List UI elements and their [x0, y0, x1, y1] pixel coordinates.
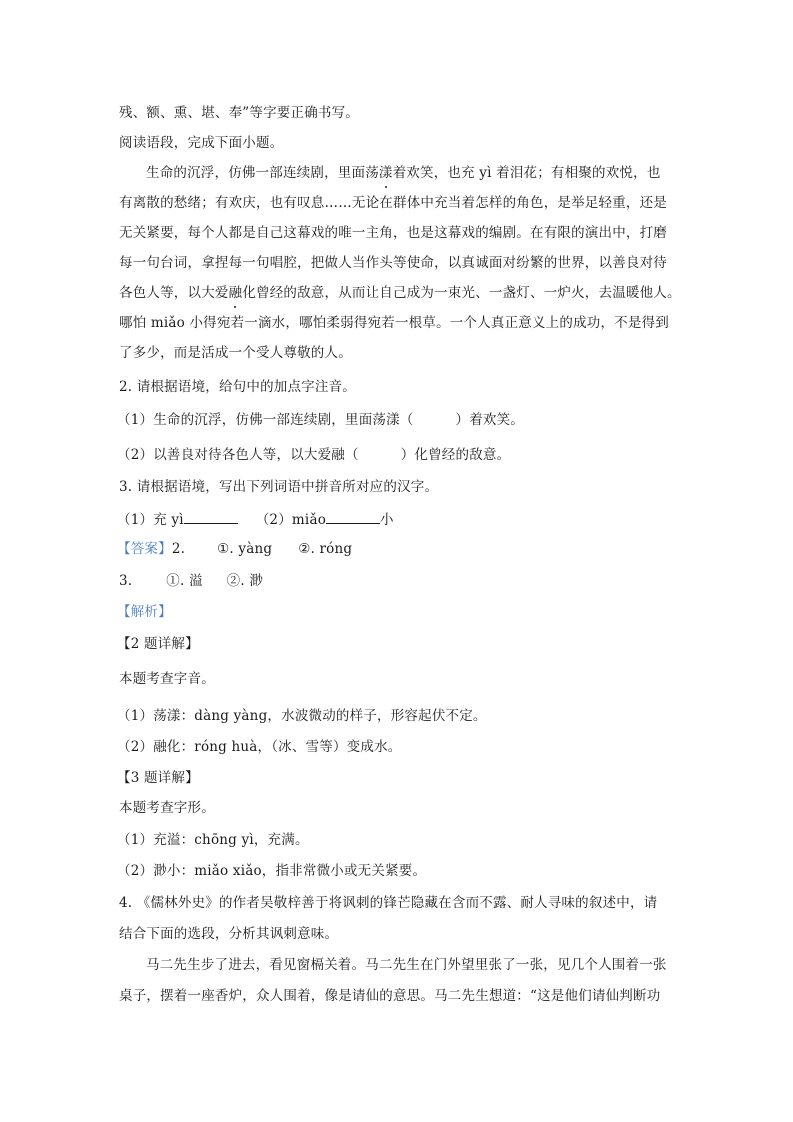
answer-option: ①. yàng — [217, 541, 272, 557]
text-segment: ）化曾经的敌意。 — [401, 447, 511, 463]
text-segment: 小 — [380, 512, 394, 528]
excerpt-line: 马二先生步了进去，看见窗槅关着。马二先生在门外望里张了一张，见几个人围着一张 — [146, 955, 679, 975]
passage-line: 了多少，而是活成一个受人尊敬的人。 — [119, 343, 679, 363]
analysis-q3-item-2: （2）渺小：miǎo xiǎo，指非常微小或无关紧要。 — [117, 861, 677, 881]
dotted-character: 融 — [229, 283, 243, 303]
question-2-title: 2. 请根据语境，给句中的加点字注音。 — [119, 377, 679, 397]
dotted-character: 漾 — [379, 163, 393, 183]
text-segment: 着欢笑，也充 yì 着泪花；有相聚的欢悦，也 — [393, 165, 661, 181]
text-segment: 生命的沉浮，仿佛一部连续剧，里面荡 — [146, 165, 379, 181]
answer-line-1: 【答案】2.①. yàng②. róng — [117, 539, 677, 559]
question-3-title: 3. 请根据语境，写出下列词语中拼音所对应的汉字。 — [119, 477, 679, 497]
text-segment: （2）miǎo — [256, 512, 326, 528]
analysis-q2-item-1: （1）荡漾：dàng yàng，水波微动的样子，形容起伏不定。 — [117, 706, 677, 726]
answer-label: 【答案】 — [117, 541, 172, 557]
question-4-title: 4. 《儒林外史》的作者吴敬梓善于将讽刺的锋芒隐藏在含而不露、耐人寻味的叙述中，… — [119, 893, 679, 913]
text-segment: （1）充 yì — [117, 512, 184, 528]
passage-line: 有离散的愁绪；有欢庆，也有叹息……无论在群体中充当着怎样的角色，是举足轻重，还是 — [119, 193, 679, 213]
answer-option: ②. 渺 — [227, 573, 263, 589]
fill-blank-line — [184, 509, 238, 524]
reading-instruction: 阅读语段，完成下面小题。 — [119, 133, 679, 153]
passage-line: 每一句台词，拿捏每一句唱腔，把做人当作头等使命，以真诚面对纷繁的世界，以善良对待 — [119, 253, 679, 273]
document-page: 残、额、熏、堪、奉”等字要正确书写。 阅读语段，完成下面小题。 生命的沉浮，仿佛… — [0, 0, 793, 1122]
answer-line-2: 3.①. 溢②. 渺 — [119, 571, 679, 591]
analysis-q3-heading: 【3 题详解】 — [117, 768, 677, 788]
question-4-title-cont: 结合下面的选段，分析其讽刺意味。 — [119, 924, 679, 944]
text-segment: （1）生命的沉浮，仿佛一部连续剧，里面荡漾（ — [117, 412, 414, 428]
text-segment: 化曾经的敌意，从而让自己成为一束光、一盏灯、一炉火，去温暖他人。 — [242, 285, 680, 301]
excerpt-line: 桌子，摆着一座香炉，众人围着，像是请仙的意思。马二先生想道：“这是他们请仙判断功 — [119, 986, 679, 1006]
analysis-label: 【解析】 — [117, 602, 677, 622]
question-2-item-2: （2）以善良对待各色人等，以大爱融（）化曾经的敌意。 — [117, 445, 677, 465]
question-3-items: （1）充 yì（2）miǎo小 — [117, 509, 677, 530]
answer-option: ②. róng — [298, 541, 352, 557]
answer-number: 2. — [172, 541, 185, 557]
text-segment: ）着欢笑。 — [456, 412, 525, 428]
analysis-q2-heading: 【2 题详解】 — [117, 634, 677, 654]
passage-line: 各色人等，以大爱融化曾经的敌意，从而让自己成为一束光、一盏灯、一炉火，去温暖他人… — [119, 283, 679, 303]
analysis-q3-intro: 本题考查字形。 — [119, 798, 679, 818]
passage-line: 哪怕 miǎo 小得宛若一滴水，哪怕柔弱得宛若一根草。一个人真正意义上的成功，不… — [119, 313, 679, 333]
fill-blank-line — [326, 509, 380, 524]
passage-line: 生命的沉浮，仿佛一部连续剧，里面荡漾着欢笑，也充 yì 着泪花；有相聚的欢悦，也 — [146, 163, 679, 183]
analysis-q2-item-2: （2）融化：róng huà，（冰、雪等）变成水。 — [117, 737, 677, 757]
text-segment: 各色人等，以大爱 — [119, 285, 229, 301]
analysis-q3-item-1: （1）充溢：chōng yì，充满。 — [117, 830, 677, 850]
answer-option: ①. 溢 — [166, 573, 202, 589]
text-segment: （2）以善良对待各色人等，以大爱融（ — [117, 447, 359, 463]
answer-number: 3. — [119, 573, 132, 589]
passage-line: 无关紧要，每个人都是自己这幕戏的唯一主角，也是这幕戏的编剧。在有限的演出中，打磨 — [119, 223, 679, 243]
analysis-q2-intro: 本题考查字音。 — [119, 669, 679, 689]
text-line: 残、额、熏、堪、奉”等字要正确书写。 — [119, 103, 679, 123]
question-2-item-1: （1）生命的沉浮，仿佛一部连续剧，里面荡漾（）着欢笑。 — [117, 410, 677, 430]
